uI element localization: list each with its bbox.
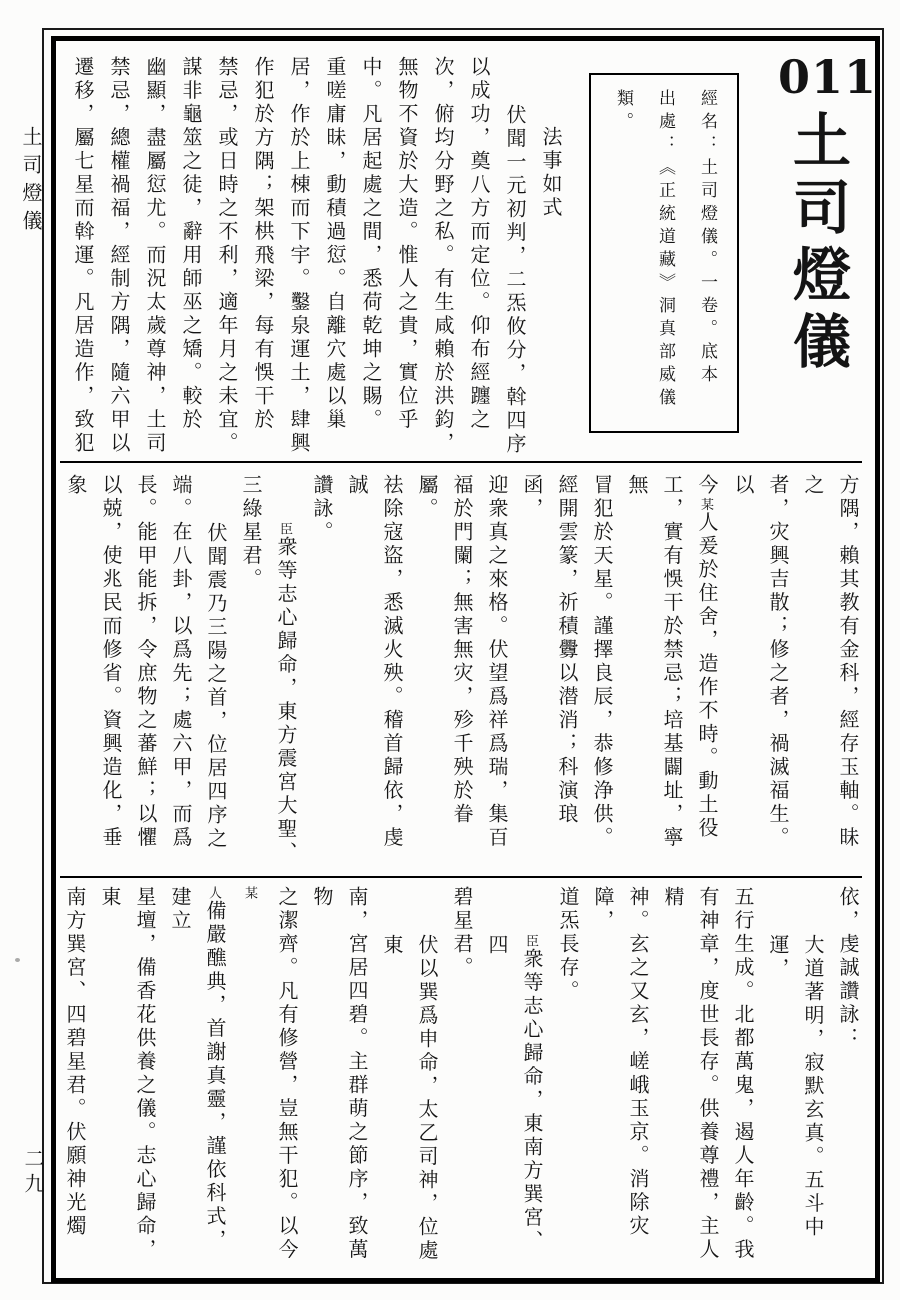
text-column: 伏以巽爲申命，太乙司神，位處東 <box>373 886 443 1270</box>
text-column: 冒犯於天星。謹擇良辰，恭修浄供。 <box>583 474 618 872</box>
text-column: 法事如式 <box>532 56 568 458</box>
text-column: 長。能甲能拆，令庶物之蕃鮮；以懼 <box>127 474 162 872</box>
text-column: 神。玄之又玄，嵯峨玉京。消除灾障， <box>584 886 654 1270</box>
text-column: 三綠星君。 <box>232 474 267 872</box>
text-column: 人備嚴醮典，首謝真靈，謹依科式，建立 <box>161 886 232 1270</box>
register-separator-line <box>60 461 862 463</box>
info-box-line: 出處：《正統道藏》洞真部威儀 <box>644 89 686 417</box>
text-column: 祛除寇盜，悉滅火殃。稽首歸依，虔誠 <box>338 474 408 872</box>
text-column: 者，灾興吉散；修之者，禍滅福生。以 <box>724 474 794 872</box>
text-column: 以兢，使兆民而修省。資興造化，垂象 <box>58 474 127 872</box>
text-column: 迎衆真之來格。伏望爲祥爲瑞，集百 <box>478 474 513 872</box>
text-column: 大道著明，寂默玄真。五斗中運， <box>759 886 829 1270</box>
text-column: 伏聞一元初判，二炁攸分，斡四序 <box>496 56 532 458</box>
text-column: 作犯於方隅；架栱飛梁，每有悞干於 <box>244 56 280 458</box>
text-column: 次，俯均分野之私。有生咸賴於洪鈞， <box>424 56 460 458</box>
page-title: 土司燈儀 <box>774 110 858 410</box>
register-bottom: 依，虔誠讚詠： 大道著明，寂默玄真。五斗中運， 五行生成。北都萬鬼，遏人年齡。我… <box>58 886 864 1270</box>
text-column: 遷移，屬七星而斡運。凡居造作，致犯 <box>64 56 100 458</box>
text-column: 之潔齊。凡有修營，豈無干犯。以今某 <box>232 886 303 1270</box>
text-column: 臣衆等志心歸命，東方震宮大聖、 <box>267 474 303 872</box>
register-separator-line <box>60 876 862 878</box>
text-column: 謀非龜筮之徒，辭用師巫之矯。較於 <box>172 56 208 458</box>
text-column: 有神章，度世長存。供養尊禮，主人精 <box>654 886 724 1270</box>
margin-running-title: 土司燈儀 <box>16 126 45 238</box>
text-column: 禁忌，或日時之不利，適年月之未宜。 <box>208 56 244 458</box>
text-column: 禁忌，總權禍福，經制方隅，隨六甲以 <box>100 56 136 458</box>
text-column: 端。在八卦，以爲先；處六甲，而爲 <box>162 474 197 872</box>
text-column: 依，虔誠讚詠： <box>829 886 864 1270</box>
document-number: 011 <box>778 50 877 104</box>
info-box-line: 類。 <box>602 89 644 417</box>
text-column: 五行生成。北都萬鬼，遏人年齡。我 <box>724 886 759 1270</box>
scanned-document-page: 土司燈儀 二九 011 土司燈儀 經名：土司燈儀。一卷。底本 出處：《正統道藏》… <box>0 0 900 1300</box>
text-column: 星壇，備香花供養之儀。志心歸命，東 <box>91 886 161 1270</box>
text-column: 伏聞震乃三陽之首，位居四序之 <box>197 474 232 872</box>
text-column: 重嗟庸昧，動積過愆。自離穴處以巢 <box>316 56 352 458</box>
text-column: 幽顯，盡屬愆尤。而況太歲尊神，土司 <box>136 56 172 458</box>
scripture-info-box: 經名：土司燈儀。一卷。底本 出處：《正統道藏》洞真部威儀 類。 <box>589 73 739 433</box>
register-middle: 方隅，賴其教有金科，經存玉軸。昧之 者，灾興吉散；修之者，禍滅福生。以 今某人爰… <box>58 474 864 872</box>
text-column: 方隅，賴其教有金科，經存玉軸。昧之 <box>794 474 864 872</box>
scan-speck <box>15 958 20 962</box>
text-column: 臣衆等志心歸命，東南方巽宮、四 <box>478 886 549 1270</box>
text-column: 工，實有悞干於禁忌；培基闢址，寧無 <box>618 474 688 872</box>
margin-page-number: 二九 <box>18 1148 47 1198</box>
text-column: 無物不資於大造。惟人之貴，實位乎 <box>388 56 424 458</box>
info-box-line: 經名：土司燈儀。一卷。底本 <box>686 89 728 417</box>
text-column: 以成功，奠八方而定位。仰布經躔之 <box>460 56 496 458</box>
text-column: 居，作於上棟而下宇。鑿泉運土，肆興 <box>280 56 316 458</box>
text-column: 福於門闌；無害無灾，殄千殃於眷屬。 <box>408 474 478 872</box>
text-column: 道炁長存。 <box>549 886 584 1270</box>
text-column: 中。凡居起處之間，悉荷乾坤之賜。 <box>352 56 388 458</box>
text-column: 碧星君。 <box>443 886 478 1270</box>
text-column: 讚詠。 <box>303 474 338 872</box>
scripture-info-box-content: 經名：土司燈儀。一卷。底本 出處：《正統道藏》洞真部威儀 類。 <box>591 75 737 431</box>
text-column: 經開雲篆，祈積釁以潜消；科演琅函， <box>513 474 583 872</box>
register-top: 法事如式 伏聞一元初判，二炁攸分，斡四序 以成功，奠八方而定位。仰布經躔之 次，… <box>60 56 568 458</box>
text-column: 南方巽宮、四碧星君。伏願神光燭昧， <box>58 886 91 1270</box>
text-column: 南，宮居四碧。主群萌之節序，致萬物 <box>303 886 373 1270</box>
text-column: 今某人爰於住舍，造作不時。動土役 <box>688 474 724 872</box>
